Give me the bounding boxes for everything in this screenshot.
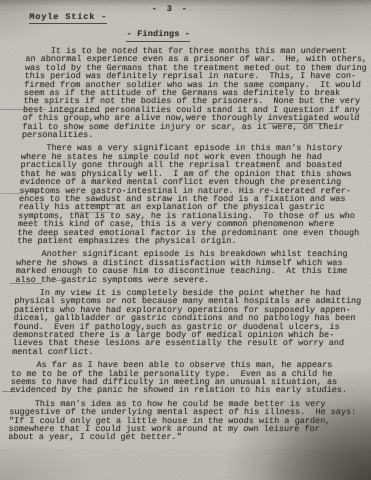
paragraph-labile-personality: As far as I have been able to observe th… <box>10 361 370 395</box>
page-number: - 3 - <box>151 4 189 14</box>
paragraph-significant-episode: There was a very significant episode in … <box>17 144 371 245</box>
document-page: - 3 - Moyle Stick - - Findings - It is t… <box>0 0 371 480</box>
section-heading: - Findings - <box>126 29 190 42</box>
document-title: Moyle Stick - <box>29 12 108 24</box>
paragraph-patient-quote: This man's idea as to how he could be ma… <box>8 400 368 442</box>
paragraph-prisoner-of-war: It is to be noted that for three months … <box>22 47 371 139</box>
paragraph-breakdown-teaching: Another significant episode is his break… <box>15 250 371 284</box>
document-body: It is to be noted that for three months … <box>8 47 371 447</box>
paragraph-medical-opinion: In my view it is completely beside the p… <box>12 289 371 356</box>
typed-content: - 3 - Moyle Stick - - Findings - It is t… <box>0 0 371 480</box>
